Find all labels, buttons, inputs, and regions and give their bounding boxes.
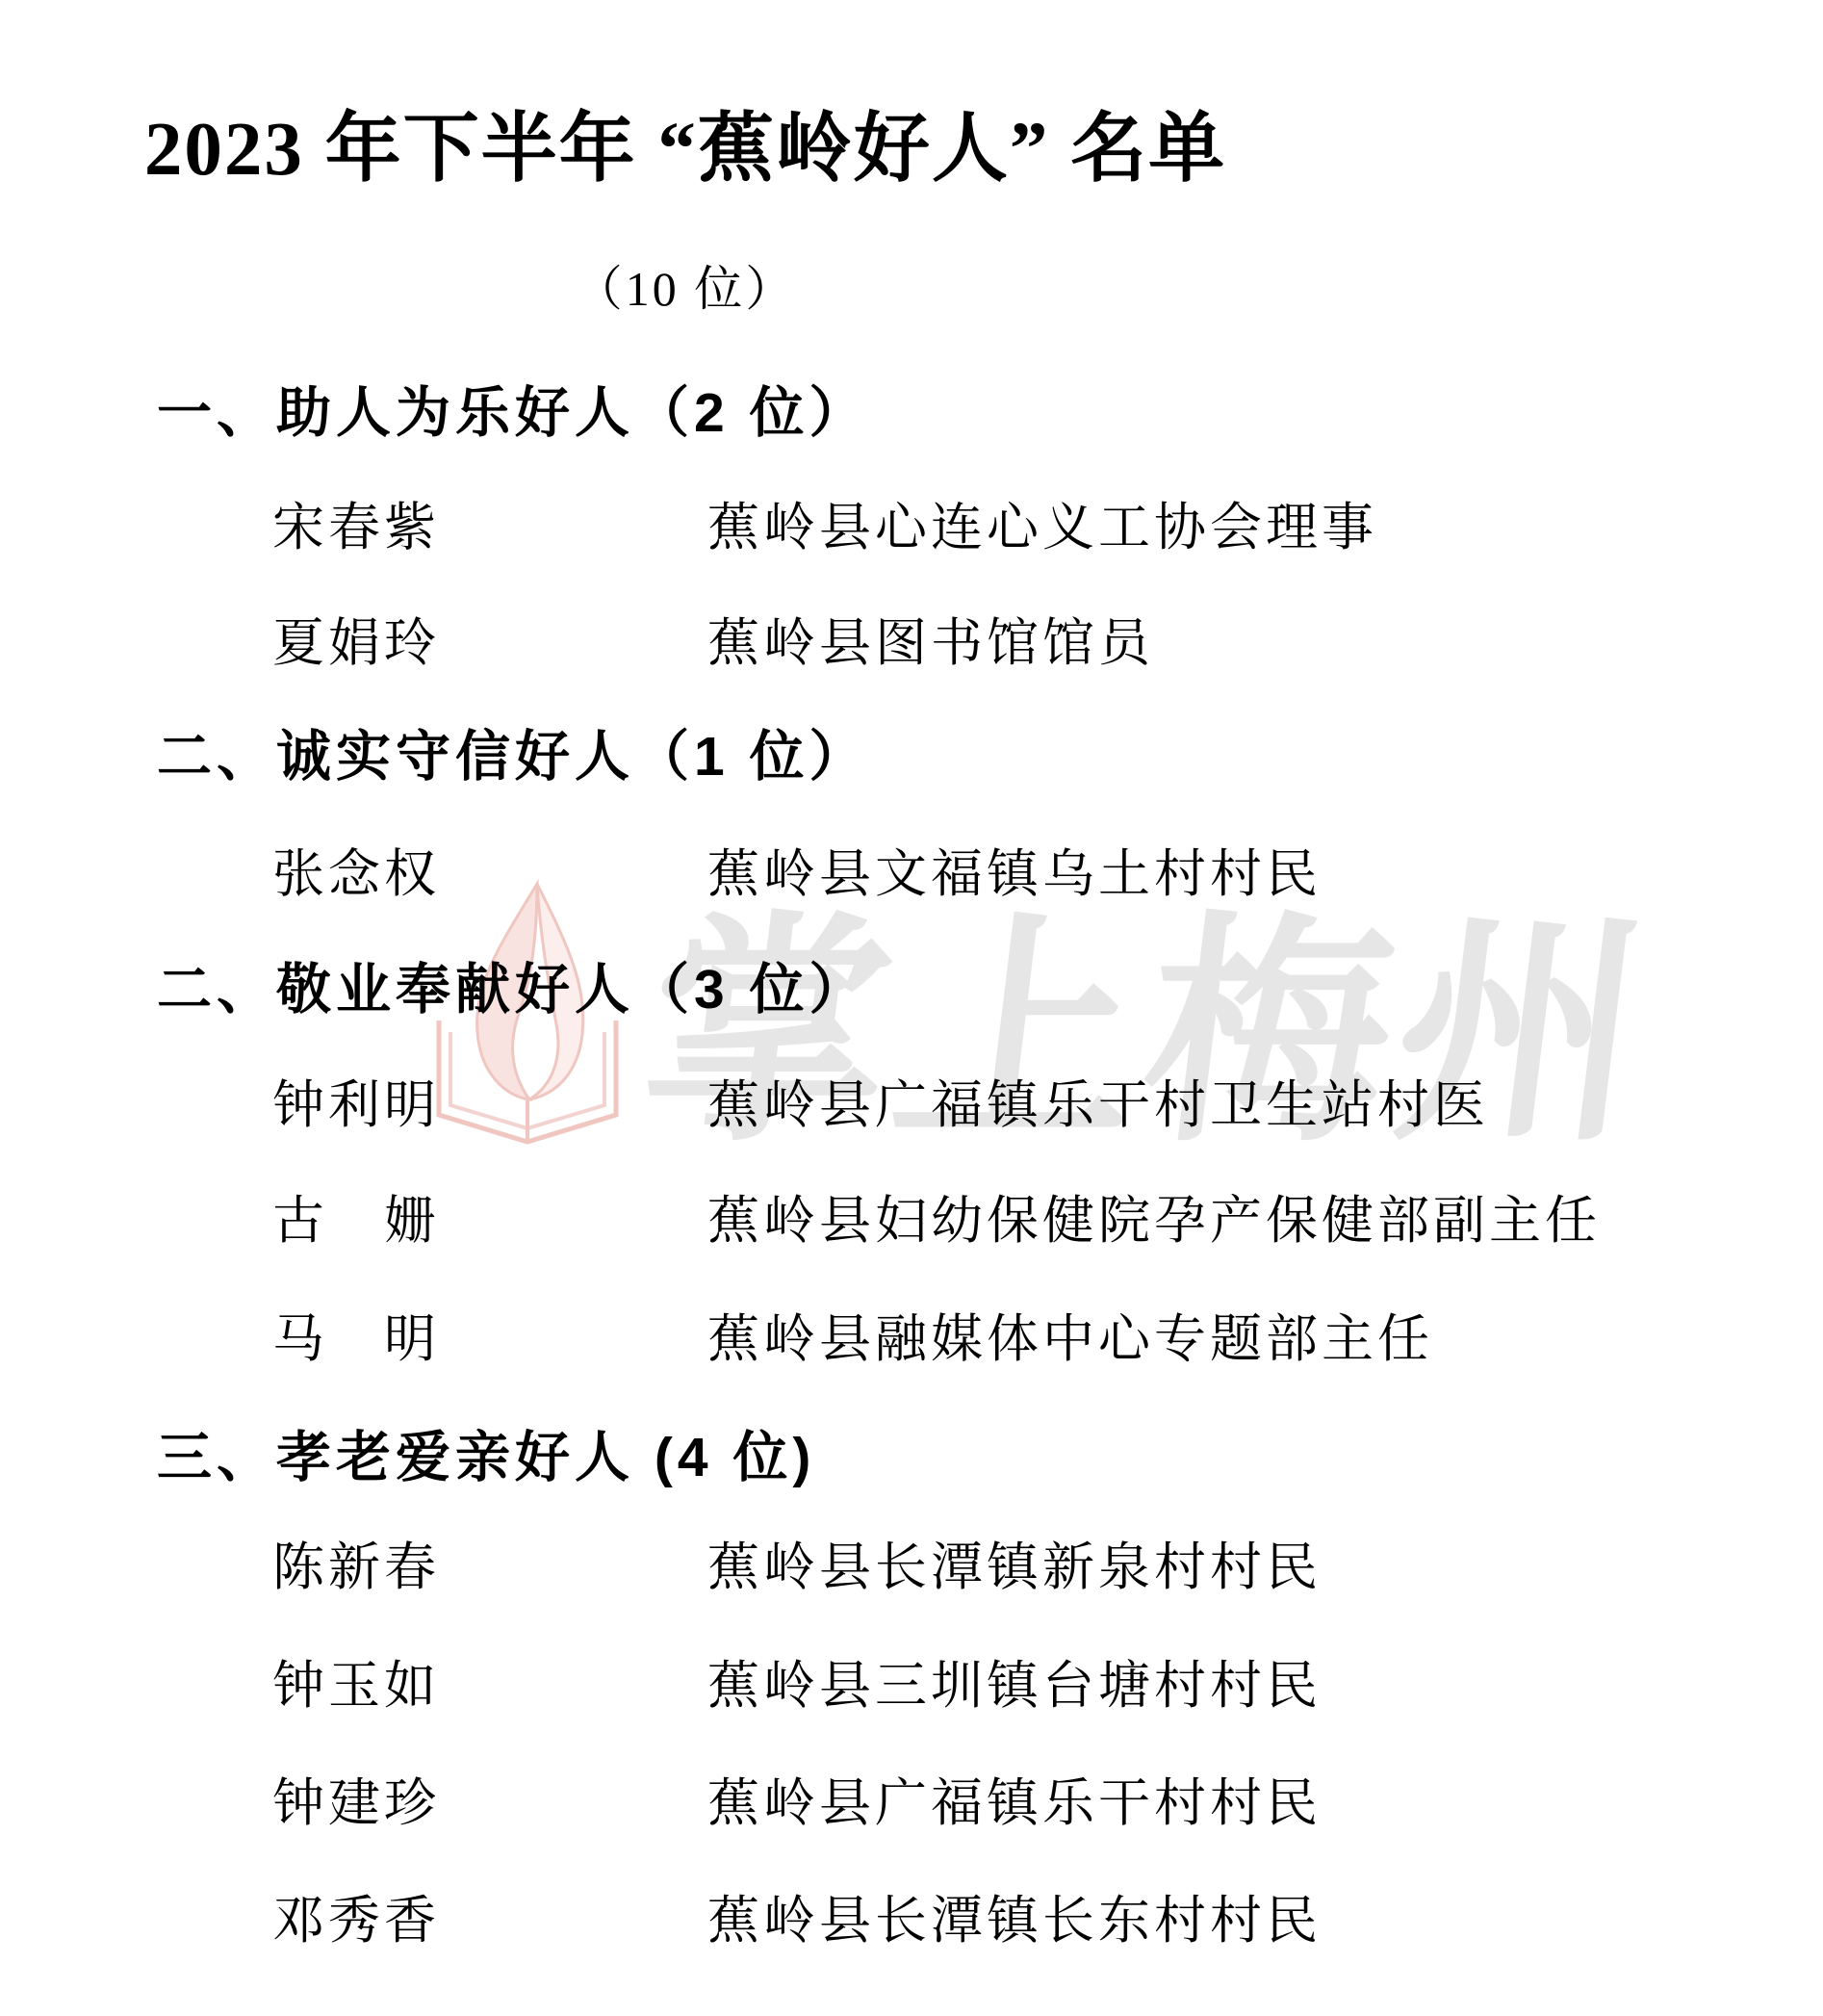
list-item: 陈新春 蕉岭县长潭镇新泉村村民: [0, 1526, 1823, 1603]
person-name: 钟利明: [272, 1064, 440, 1138]
list-item: 钟玉如 蕉岭县三圳镇台塘村村民: [0, 1644, 1823, 1721]
section-heading-4: 三、孝老爱亲好人 (4 位): [157, 1413, 815, 1492]
person-role: 蕉岭县长潭镇新泉村村民: [707, 1526, 1322, 1600]
person-name: 马 明: [272, 1298, 440, 1372]
person-name: 陈新春: [272, 1526, 440, 1600]
person-role: 蕉岭县图书馆馆员: [707, 602, 1154, 676]
person-role: 蕉岭县心连心义工协会理事: [707, 486, 1377, 560]
person-role: 蕉岭县融媒体中心专题部主任: [707, 1298, 1433, 1372]
section-heading-3: 二、敬业奉献好人（3 位）: [157, 945, 869, 1024]
person-name: 夏娟玲: [272, 602, 440, 676]
person-role: 蕉岭县长潭镇长东村村民: [707, 1879, 1322, 1953]
section-heading-1: 一、助人为乐好人（2 位）: [157, 369, 869, 448]
list-item: 钟利明 蕉岭县广福镇乐干村卫生站村医: [0, 1064, 1823, 1141]
person-role: 蕉岭县妇幼保健院孕产保健部副主任: [707, 1179, 1601, 1254]
list-item: 钟建珍 蕉岭县广福镇乐干村村民: [0, 1762, 1823, 1839]
person-role: 蕉岭县文福镇乌土村村民: [707, 833, 1322, 907]
document-page: 掌上梅州 2023 年下半年 “蕉岭好人” 名单 （10 位） 一、助人为乐好人…: [0, 0, 1823, 2016]
list-item: 宋春紫 蕉岭县心连心义工协会理事: [0, 486, 1823, 563]
person-name: 邓秀香: [272, 1879, 440, 1953]
person-name: 钟建珍: [272, 1762, 440, 1836]
person-role: 蕉岭县三圳镇台塘村村民: [707, 1644, 1322, 1719]
person-role: 蕉岭县广福镇乐干村卫生站村医: [707, 1064, 1489, 1138]
list-item: 古 姗 蕉岭县妇幼保健院孕产保健部副主任: [0, 1179, 1823, 1256]
list-item: 邓秀香 蕉岭县长潭镇长东村村民: [0, 1879, 1823, 1956]
page-title: 2023 年下半年 “蕉岭好人” 名单: [0, 87, 1371, 196]
person-name: 宋春紫: [272, 486, 440, 560]
list-item: 夏娟玲 蕉岭县图书馆馆员: [0, 602, 1823, 679]
list-item: 马 明 蕉岭县融媒体中心专题部主任: [0, 1298, 1823, 1375]
person-name: 张念权: [272, 833, 440, 907]
watermark-text: 掌上梅州: [629, 884, 1667, 1187]
person-name: 钟玉如: [272, 1644, 440, 1719]
person-role: 蕉岭县广福镇乐干村村民: [707, 1762, 1322, 1836]
list-item: 张念权 蕉岭县文福镇乌土村村民: [0, 833, 1823, 910]
person-name: 古 姗: [272, 1179, 440, 1254]
page-subtitle: （10 位）: [0, 250, 1371, 320]
section-heading-2: 二、诚实守信好人（1 位）: [157, 712, 869, 791]
